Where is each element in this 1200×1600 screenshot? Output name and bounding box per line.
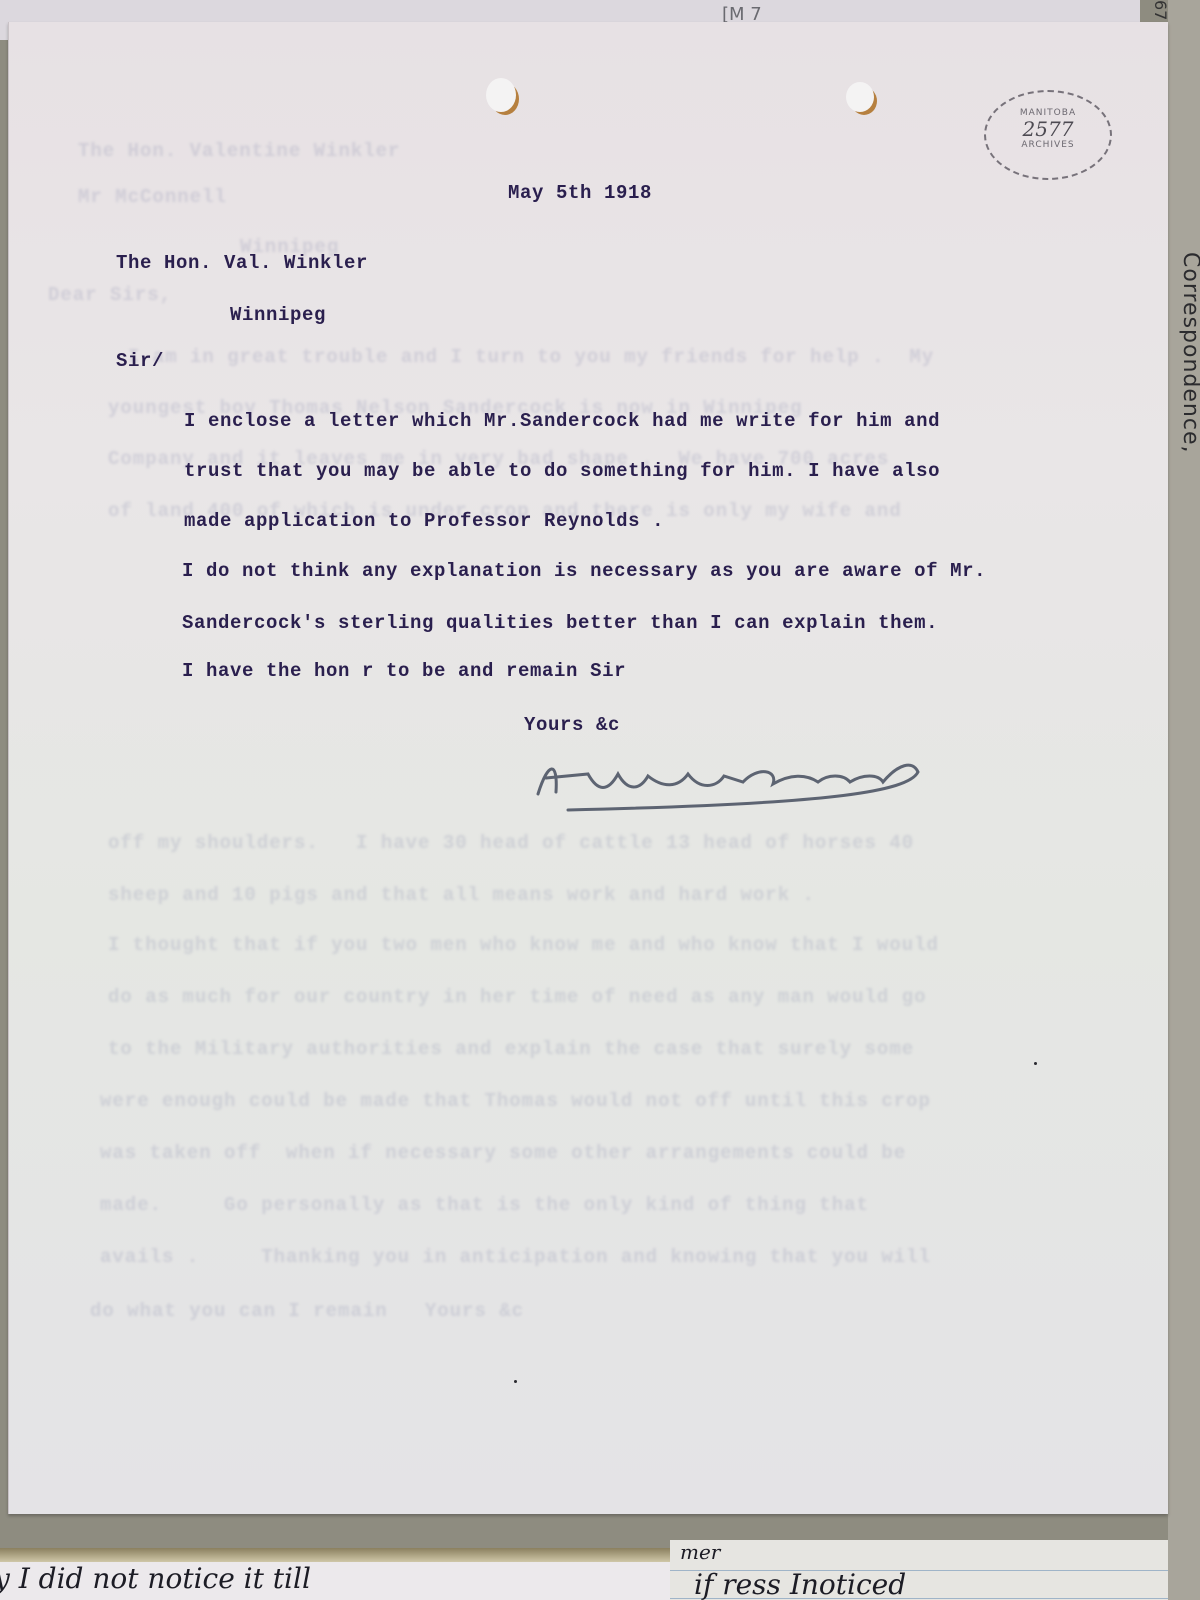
folder-tab-number: 67 [1151,0,1170,20]
salutation: Sir/ [116,350,164,372]
letter-date: May 5th 1918 [508,182,652,204]
punch-hole-left [486,78,516,112]
body-line: Sandercock's sterling qualities better t… [182,612,938,634]
folder-strip: 67 [1168,0,1200,1600]
folder-label: Correspondence, [1178,252,1200,453]
body-line: I enclose a letter which Mr.Sandercock h… [184,410,940,432]
bleed-line: do as much for our country in her time o… [108,986,927,1008]
body-line: I have the hon r to be and remain Sir [182,660,626,682]
body-line: I do not think any explanation is necess… [182,560,986,582]
closing: Yours &c [524,714,620,736]
letter-sheet: The Hon. Valentine Winkler Mr McConnell … [8,22,1168,1514]
ink-dot [1034,1062,1037,1065]
handwritten-text-right: if ress Inoticed [694,1568,906,1600]
stamp-bottom-text: ARCHIVES [986,140,1110,150]
bleed-line: I thought that if you two men who know m… [108,934,939,956]
handwritten-sheet-right: mer if ress Inoticed [670,1540,1168,1600]
bleed-line: The Hon. Valentine Winkler [78,140,400,162]
bleed-line: avails . Thanking you in anticipation an… [100,1246,931,1268]
bleed-line: do what you can I remain Yours &c [90,1300,524,1322]
bleed-line: Dear Sirs, [48,284,172,306]
punch-hole-right [846,82,874,112]
body-line: trust that you may be able to do somethi… [184,460,940,482]
body-line: made application to Professor Reynolds . [184,510,664,532]
archive-stamp: MANITOBA 2577 ARCHIVES [984,90,1112,180]
signature-icon [528,752,928,812]
bleed-line: made. Go personally as that is the only … [100,1194,869,1216]
recipient-city: Winnipeg [230,304,326,326]
recipient-name: The Hon. Val. Winkler [116,252,368,274]
ink-dot [514,1380,517,1383]
bleed-line: sheep and 10 pigs and that all means wor… [108,884,815,906]
bleed-line: to the Military authorities and explain … [108,1038,914,1060]
bleed-line: off my shoulders. I have 30 head of catt… [108,832,914,854]
handwritten-text-left: y I did not notice it till [0,1562,311,1595]
bleed-line: Mr McConnell [78,186,227,208]
bleed-line: was taken off when if necessary some oth… [100,1142,906,1164]
bleed-line: were enough could be made that Thomas wo… [100,1090,931,1112]
handwritten-text-top: mer [680,1540,720,1564]
stamp-number: 2577 [986,118,1110,140]
bleed-line: I am in great trouble and I turn to you … [128,346,934,368]
